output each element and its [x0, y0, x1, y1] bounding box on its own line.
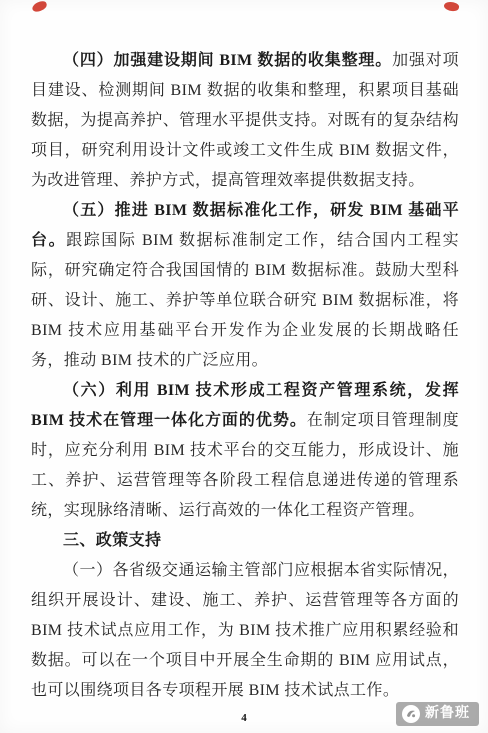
paragraph-wu: （五）推进 BIM 数据标准化工作，研发 BIM 基础平台。跟踪国际 BIM 数… — [31, 196, 459, 376]
red-ink-mark-right — [443, 0, 460, 12]
scanned-document-page: （四）加强建设期间 BIM 数据的收集整理。加强对项目建设、检测期间 BIM 数… — [0, 0, 488, 733]
document-body: （四）加强建设期间 BIM 数据的收集整理。加强对项目建设、检测期间 BIM 数… — [31, 46, 459, 706]
red-ink-mark-left — [31, 0, 48, 13]
paragraph-si: （四）加强建设期间 BIM 数据的收集整理。加强对项目建设、检测期间 BIM 数… — [31, 46, 459, 196]
section-heading-policy-support: 三、政策支持 — [31, 526, 459, 556]
paragraph-si-body: 加强对项目建设、检测期间 BIM 数据的收集和整理，积累项目基础数据，为提高养护… — [31, 52, 459, 189]
paragraph-yi-body: （一）各省级交通运输主管部门应根据本省实际情况，组织开展设计、建设、施工、养护、… — [31, 562, 459, 699]
paragraph-wu-body: 跟踪国际 BIM 数据标准制定工作，结合国内工程实际，研究确定符合我国国情的 B… — [31, 232, 459, 369]
luban-circle-logo-icon — [402, 705, 420, 723]
watermark-label: 新鲁班 — [425, 705, 470, 723]
paragraph-si-heading: （四）加强建设期间 BIM 数据的收集整理。 — [63, 52, 392, 69]
xinluban-watermark-badge: 新鲁班 — [396, 702, 479, 726]
paragraph-liu: （六）利用 BIM 技术形成工程资产管理系统，发挥 BIM 技术在管理一体化方面… — [31, 376, 459, 526]
paragraph-yi: （一）各省级交通运输主管部门应根据本省实际情况，组织开展设计、建设、施工、养护、… — [31, 556, 459, 706]
section-heading-text: 三、政策支持 — [63, 532, 161, 549]
